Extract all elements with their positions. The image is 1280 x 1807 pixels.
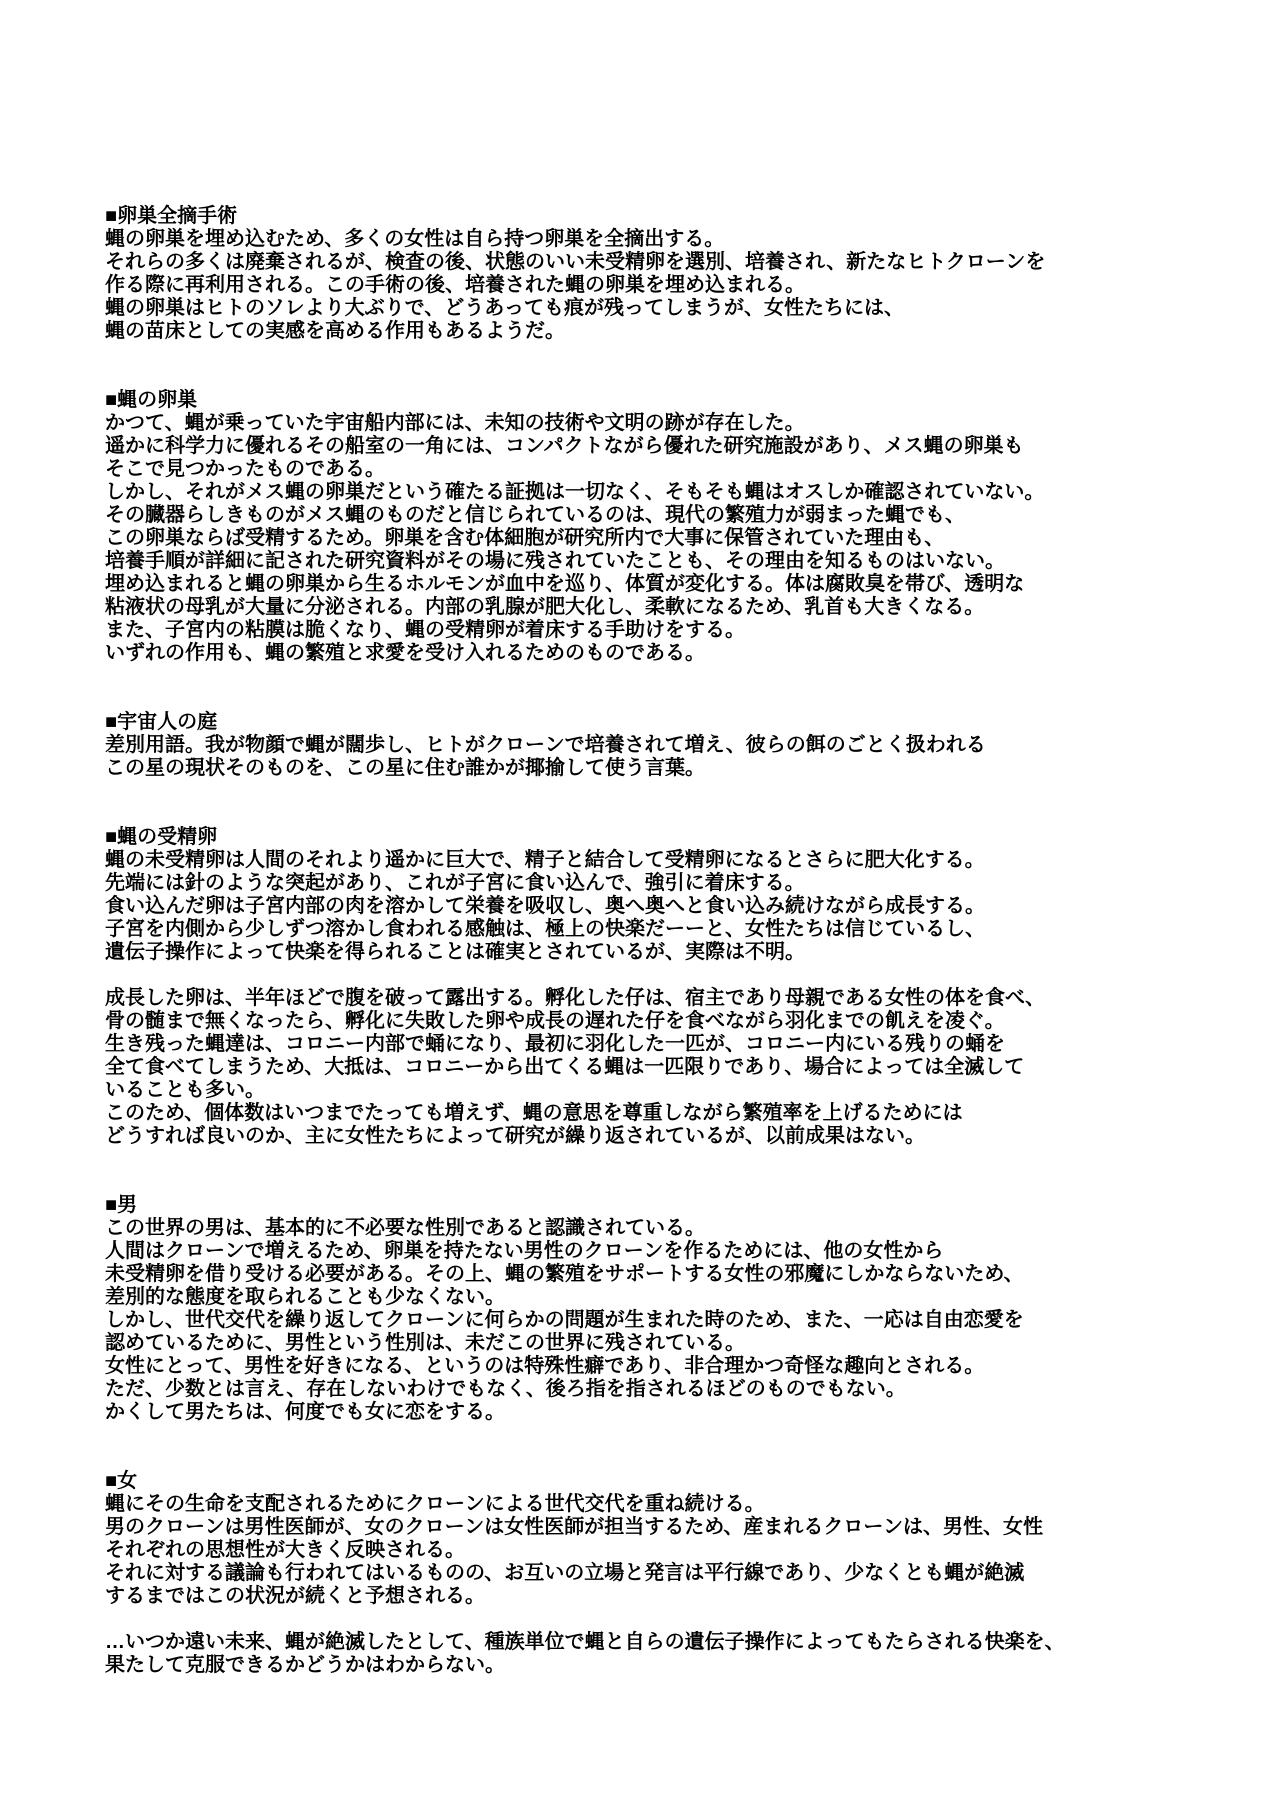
text-line: …いつか遠い未来、蝿が絶滅したとして、種族単位で蝿と自らの遺伝子操作によってもた… bbox=[105, 1631, 1205, 1654]
text-line: 遥かに科学力に優れるその船室の一角には、コンパクトながら優れた研究施設があり、メ… bbox=[105, 435, 1205, 458]
section-title: ■女 bbox=[105, 1470, 1205, 1493]
section-5: ■男この世界の男は、基本的に不必要な性別であると認識されている。人間はクローンで… bbox=[105, 1194, 1205, 1424]
section-title: ■蝿の受精卵 bbox=[105, 826, 1205, 849]
text-line: 蝿の卵巣を埋め込むため、多くの女性は自ら持つ卵巣を全摘出する。 bbox=[105, 228, 1205, 251]
text-line: 未受精卵を借り受ける必要がある。その上、蝿の繁殖をサポートする女性の邪魔にしかな… bbox=[105, 1263, 1205, 1286]
paragraph: かつて、蝿が乗っていた宇宙船内部には、未知の技術や文明の跡が存在した。遥かに科学… bbox=[105, 412, 1205, 665]
paragraph: 成長した卵は、半年ほどで腹を破って露出する。孵化した仔は、宿主であり母親である女… bbox=[105, 987, 1205, 1148]
section-title: ■蝿の卵巣 bbox=[105, 389, 1205, 412]
text-line: 全て食べてしまうため、大抵は、コロニーから出てくる蝿は一匹限りであり、場合によっ… bbox=[105, 1056, 1205, 1079]
text-line: 埋め込まれると蝿の卵巣から生るホルモンが血中を巡り、体質が変化する。体は腐敗臭を… bbox=[105, 573, 1205, 596]
text-line: 差別的な態度を取られることも少なくない。 bbox=[105, 1286, 1205, 1309]
paragraph: …いつか遠い未来、蝿が絶滅したとして、種族単位で蝿と自らの遺伝子操作によってもた… bbox=[105, 1631, 1205, 1677]
text-line: 食い込んだ卵は子宮内部の肉を溶かして栄養を吸収し、奥へ奥へと食い込み続けながら成… bbox=[105, 895, 1205, 918]
text-line: 蝿にその生命を支配されるためにクローンによる世代交代を重ね続ける。 bbox=[105, 1493, 1205, 1516]
text-line: かつて、蝿が乗っていた宇宙船内部には、未知の技術や文明の跡が存在した。 bbox=[105, 412, 1205, 435]
document-page: ■卵巣全摘手術蝿の卵巣を埋め込むため、多くの女性は自ら持つ卵巣を全摘出する。それ… bbox=[105, 205, 1205, 1677]
paragraph: この世界の男は、基本的に不必要な性別であると認識されている。人間はクローンで増え… bbox=[105, 1217, 1205, 1424]
text-line: どうすれば良いのか、主に女性たちによって研究が繰り返されているが、以前成果はない… bbox=[105, 1125, 1205, 1148]
text-line: 作る際に再利用される。この手術の後、培養された蝿の卵巣を埋め込まれる。 bbox=[105, 274, 1205, 297]
text-line: ただ、少数とは言え、存在しないわけでもなく、後ろ指を指されるほどのものでもない。 bbox=[105, 1378, 1205, 1401]
section-6: ■女蝿にその生命を支配されるためにクローンによる世代交代を重ね続ける。男のクロー… bbox=[105, 1470, 1205, 1677]
text-line: しかし、それがメス蝿の卵巣だという確たる証拠は一切なく、そもそも蝿はオスしか確認… bbox=[105, 481, 1205, 504]
text-line: このため、個体数はいつまでたっても増えず、蝿の意思を尊重しながら繁殖率を上げるた… bbox=[105, 1102, 1205, 1125]
text-line: 先端には針のような突起があり、これが子宮に食い込んで、強引に着床する。 bbox=[105, 872, 1205, 895]
text-line: 培養手順が詳細に記された研究資料がその場に残されていたことも、その理由を知るもの… bbox=[105, 550, 1205, 573]
paragraph: 差別用語。我が物顔で蝿が闊歩し、ヒトがクローンで培養されて増え、彼らの餌のごとく… bbox=[105, 734, 1205, 780]
text-line: 遺伝子操作によって快楽を得られることは確実とされているが、実際は不明。 bbox=[105, 941, 1205, 964]
text-line: しかし、世代交代を繰り返してクローンに何らかの問題が生まれた時のため、また、一応… bbox=[105, 1309, 1205, 1332]
text-line: 果たして克服できるかどうかはわからない。 bbox=[105, 1654, 1205, 1677]
section-3: ■宇宙人の庭差別用語。我が物顔で蝿が闊歩し、ヒトがクローンで培養されて増え、彼ら… bbox=[105, 711, 1205, 780]
section-4: ■蝿の受精卵蝿の未受精卵は人間のそれより遥かに巨大で、精子と結合して受精卵になる… bbox=[105, 826, 1205, 1148]
text-line: いることも多い。 bbox=[105, 1079, 1205, 1102]
text-line: また、子宮内の粘膜は脆くなり、蝿の受精卵が着床する手助けをする。 bbox=[105, 619, 1205, 642]
text-line: その臓器らしきものがメス蝿のものだと信じられているのは、現代の繁殖力が弱まった蝿… bbox=[105, 504, 1205, 527]
text-line: するまではこの状況が続くと予想される。 bbox=[105, 1585, 1205, 1608]
section-title: ■卵巣全摘手術 bbox=[105, 205, 1205, 228]
text-line: 男のクローンは男性医師が、女のクローンは女性医師が担当するため、産まれるクローン… bbox=[105, 1516, 1205, 1539]
paragraph: 蝿の卵巣を埋め込むため、多くの女性は自ら持つ卵巣を全摘出する。それらの多くは廃棄… bbox=[105, 228, 1205, 343]
text-line: 蝿の苗床としての実感を高める作用もあるようだ。 bbox=[105, 320, 1205, 343]
text-line: この世界の男は、基本的に不必要な性別であると認識されている。 bbox=[105, 1217, 1205, 1240]
section-title: ■男 bbox=[105, 1194, 1205, 1217]
text-line: それらの多くは廃棄されるが、検査の後、状態のいい未受精卵を選別、培養され、新たな… bbox=[105, 251, 1205, 274]
text-line: 認めているために、男性という性別は、未だこの世界に残されている。 bbox=[105, 1332, 1205, 1355]
paragraph: 蝿の未受精卵は人間のそれより遥かに巨大で、精子と結合して受精卵になるとさらに肥大… bbox=[105, 849, 1205, 964]
text-line: いずれの作用も、蝿の繁殖と求愛を受け入れるためのものである。 bbox=[105, 642, 1205, 665]
text-line: それぞれの思想性が大きく反映される。 bbox=[105, 1539, 1205, 1562]
section-2: ■蝿の卵巣かつて、蝿が乗っていた宇宙船内部には、未知の技術や文明の跡が存在した。… bbox=[105, 389, 1205, 665]
text-line: 骨の髄まで無くなったら、孵化に失敗した卵や成長の遅れた仔を食べながら羽化までの飢… bbox=[105, 1010, 1205, 1033]
text-line: 生き残った蝿達は、コロニー内部で蛹になり、最初に羽化した一匹が、コロニー内にいる… bbox=[105, 1033, 1205, 1056]
text-line: この卵巣ならば受精するため。卵巣を含む体細胞が研究所内で大事に保管されていた理由… bbox=[105, 527, 1205, 550]
text-line: 人間はクローンで増えるため、卵巣を持たない男性のクローンを作るためには、他の女性… bbox=[105, 1240, 1205, 1263]
text-line: 蝿の卵巣はヒトのソレより大ぶりで、どうあっても痕が残ってしまうが、女性たちには、 bbox=[105, 297, 1205, 320]
text-line: そこで見つかったものである。 bbox=[105, 458, 1205, 481]
text-line: 女性にとって、男性を好きになる、というのは特殊性癖であり、非合理かつ奇怪な趣向と… bbox=[105, 1355, 1205, 1378]
text-line: それに対する議論も行われてはいるものの、お互いの立場と発言は平行線であり、少なく… bbox=[105, 1562, 1205, 1585]
text-line: この星の現状そのものを、この星に住む誰かが揶揄して使う言葉。 bbox=[105, 757, 1205, 780]
text-line: 子宮を内側から少しずつ溶かし食われる感触は、極上の快楽だーーと、女性たちは信じて… bbox=[105, 918, 1205, 941]
paragraph: 蝿にその生命を支配されるためにクローンによる世代交代を重ね続ける。男のクローンは… bbox=[105, 1493, 1205, 1608]
text-line: かくして男たちは、何度でも女に恋をする。 bbox=[105, 1401, 1205, 1424]
section-title: ■宇宙人の庭 bbox=[105, 711, 1205, 734]
text-line: 蝿の未受精卵は人間のそれより遥かに巨大で、精子と結合して受精卵になるとさらに肥大… bbox=[105, 849, 1205, 872]
text-line: 粘液状の母乳が大量に分泌される。内部の乳腺が肥大化し、柔軟になるため、乳首も大き… bbox=[105, 596, 1205, 619]
text-line: 成長した卵は、半年ほどで腹を破って露出する。孵化した仔は、宿主であり母親である女… bbox=[105, 987, 1205, 1010]
section-1: ■卵巣全摘手術蝿の卵巣を埋め込むため、多くの女性は自ら持つ卵巣を全摘出する。それ… bbox=[105, 205, 1205, 343]
text-line: 差別用語。我が物顔で蝿が闊歩し、ヒトがクローンで培養されて増え、彼らの餌のごとく… bbox=[105, 734, 1205, 757]
